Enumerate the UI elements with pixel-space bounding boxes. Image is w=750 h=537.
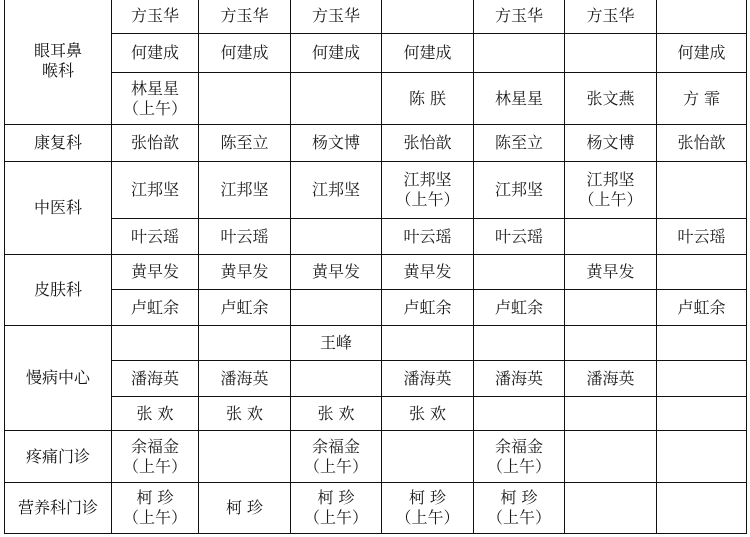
doctor-cell: [199, 431, 291, 483]
doctor-cell: 柯 珍（上午）: [382, 483, 474, 534]
schedule-body: 眼耳鼻喉科方玉华方玉华方玉华方玉华方玉华何建成何建成何建成何建成何建成林星星（上…: [5, 0, 747, 534]
schedule-row: 营养科门诊柯 珍（上午）柯 珍柯 珍（上午）柯 珍（上午）柯 珍（上午）: [5, 483, 747, 534]
schedule-row: 卢虹余卢虹余卢虹余卢虹余卢虹余: [5, 290, 747, 326]
doctor-name: 余福金: [112, 437, 198, 457]
doctor-cell: 王峰: [291, 326, 382, 361]
doctor-cell: [565, 431, 657, 483]
doctor-cell: 陈 朕: [382, 73, 474, 125]
shift-note: （上午）: [382, 190, 473, 210]
doctor-name: 柯 珍: [291, 488, 381, 508]
doctor-cell: [291, 290, 382, 326]
doctor-cell: 江邦坚（上午）: [565, 162, 657, 219]
doctor-cell: 林星星: [474, 73, 565, 125]
doctor-cell: 余福金（上午）: [112, 431, 199, 483]
doctor-cell: [382, 0, 474, 34]
doctor-cell: 余福金（上午）: [291, 431, 382, 483]
doctor-cell: [565, 397, 657, 431]
department-name: 营养科门诊: [5, 483, 112, 534]
doctor-cell: 叶云瑶: [474, 219, 565, 255]
doctor-cell: 叶云瑶: [382, 219, 474, 255]
doctor-cell: 柯 珍（上午）: [291, 483, 382, 534]
doctor-cell: [199, 326, 291, 361]
doctor-cell: 何建成: [291, 34, 382, 73]
doctor-cell: 江邦坚: [199, 162, 291, 219]
doctor-cell: 方玉华: [565, 0, 657, 34]
shift-note: （上午）: [112, 99, 198, 119]
doctor-cell: 方 霏: [657, 73, 747, 125]
doctor-cell: [657, 361, 747, 397]
doctor-cell: [657, 162, 747, 219]
doctor-cell: 陈至立: [199, 125, 291, 162]
doctor-cell: 卢虹余: [382, 290, 474, 326]
shift-note: （上午）: [565, 190, 656, 210]
doctor-cell: 柯 珍: [199, 483, 291, 534]
doctor-cell: [474, 326, 565, 361]
doctor-cell: [657, 0, 747, 34]
doctor-cell: 叶云瑶: [112, 219, 199, 255]
department-name: 中医科: [5, 162, 112, 255]
doctor-cell: [565, 219, 657, 255]
duty-schedule-table: 眼耳鼻喉科方玉华方玉华方玉华方玉华方玉华何建成何建成何建成何建成何建成林星星（上…: [4, 0, 747, 534]
schedule-row: 潘海英潘海英潘海英潘海英潘海英: [5, 361, 747, 397]
schedule-row: 叶云瑶叶云瑶叶云瑶叶云瑶叶云瑶: [5, 219, 747, 255]
doctor-cell: 潘海英: [565, 361, 657, 397]
doctor-name: 林星星: [112, 79, 198, 99]
doctor-cell: 潘海英: [382, 361, 474, 397]
doctor-cell: 张 欢: [291, 397, 382, 431]
shift-note: （上午）: [474, 508, 564, 528]
department-name: 眼耳鼻喉科: [5, 0, 112, 125]
doctor-cell: [474, 255, 565, 290]
doctor-cell: 杨文博: [565, 125, 657, 162]
schedule-row: 中医科江邦坚江邦坚江邦坚江邦坚（上午）江邦坚江邦坚（上午）: [5, 162, 747, 219]
doctor-cell: 黄早发: [382, 255, 474, 290]
doctor-cell: [382, 326, 474, 361]
doctor-cell: 叶云瑶: [199, 219, 291, 255]
doctor-cell: [565, 326, 657, 361]
doctor-cell: [291, 361, 382, 397]
shift-note: （上午）: [291, 508, 381, 528]
department-name-line: 喉科: [5, 61, 111, 81]
doctor-cell: 潘海英: [199, 361, 291, 397]
doctor-cell: 方玉华: [112, 0, 199, 34]
doctor-name: 柯 珍: [382, 488, 473, 508]
doctor-cell: 卢虹余: [657, 290, 747, 326]
doctor-cell: 何建成: [657, 34, 747, 73]
doctor-name: 江邦坚: [565, 170, 656, 190]
doctor-cell: 柯 珍（上午）: [112, 483, 199, 534]
doctor-cell: 卢虹余: [199, 290, 291, 326]
schedule-row: 何建成何建成何建成何建成何建成: [5, 34, 747, 73]
department-name: 疼痛门诊: [5, 431, 112, 483]
schedule-row: 疼痛门诊余福金（上午）余福金（上午）余福金（上午）: [5, 431, 747, 483]
doctor-cell: 杨文博: [291, 125, 382, 162]
doctor-cell: 江邦坚: [474, 162, 565, 219]
department-name: 康复科: [5, 125, 112, 162]
doctor-cell: 黄早发: [199, 255, 291, 290]
doctor-cell: 张怡歆: [112, 125, 199, 162]
shift-note: （上午）: [382, 508, 473, 528]
doctor-cell: 柯 珍（上午）: [474, 483, 565, 534]
doctor-cell: 张 欢: [112, 397, 199, 431]
doctor-cell: 何建成: [382, 34, 474, 73]
doctor-name: 柯 珍: [474, 488, 564, 508]
doctor-cell: [474, 34, 565, 73]
doctor-cell: 卢虹余: [474, 290, 565, 326]
doctor-cell: [657, 483, 747, 534]
doctor-cell: 江邦坚（上午）: [382, 162, 474, 219]
doctor-cell: 何建成: [112, 34, 199, 73]
doctor-cell: [565, 290, 657, 326]
doctor-cell: 何建成: [199, 34, 291, 73]
schedule-row: 康复科张怡歆陈至立杨文博张怡歆陈至立杨文博张怡歆: [5, 125, 747, 162]
doctor-cell: [657, 397, 747, 431]
schedule-row: 张 欢张 欢张 欢张 欢: [5, 397, 747, 431]
doctor-cell: 张怡歆: [382, 125, 474, 162]
doctor-cell: 黄早发: [291, 255, 382, 290]
doctor-cell: 叶云瑶: [657, 219, 747, 255]
schedule-row: 皮肤科黄早发黄早发黄早发黄早发黄早发: [5, 255, 747, 290]
department-name-line: 眼耳鼻: [5, 41, 111, 61]
doctor-cell: 余福金（上午）: [474, 431, 565, 483]
doctor-name: 余福金: [291, 437, 381, 457]
shift-note: （上午）: [112, 457, 198, 477]
doctor-cell: [474, 397, 565, 431]
doctor-cell: 张怡歆: [657, 125, 747, 162]
doctor-cell: 黄早发: [565, 255, 657, 290]
shift-note: （上午）: [474, 457, 564, 477]
doctor-cell: [382, 431, 474, 483]
doctor-cell: [199, 73, 291, 125]
shift-note: （上午）: [291, 457, 381, 477]
doctor-cell: 方玉华: [474, 0, 565, 34]
doctor-cell: 张 欢: [199, 397, 291, 431]
doctor-cell: 潘海英: [112, 361, 199, 397]
doctor-cell: [291, 73, 382, 125]
department-name: 皮肤科: [5, 255, 112, 326]
department-name: 慢病中心: [5, 326, 112, 431]
doctor-cell: [657, 431, 747, 483]
doctor-cell: 张文燕: [565, 73, 657, 125]
doctor-cell: 方玉华: [291, 0, 382, 34]
schedule-row: 眼耳鼻喉科方玉华方玉华方玉华方玉华方玉华: [5, 0, 747, 34]
doctor-cell: 江邦坚: [112, 162, 199, 219]
doctor-cell: 方玉华: [199, 0, 291, 34]
schedule-row: 慢病中心王峰: [5, 326, 747, 361]
doctor-cell: 张 欢: [382, 397, 474, 431]
schedule-row: 林星星（上午）陈 朕林星星张文燕方 霏: [5, 73, 747, 125]
doctor-cell: [565, 34, 657, 73]
doctor-cell: 潘海英: [474, 361, 565, 397]
doctor-cell: 陈至立: [474, 125, 565, 162]
doctor-cell: 江邦坚: [291, 162, 382, 219]
doctor-name: 余福金: [474, 437, 564, 457]
doctor-cell: [112, 326, 199, 361]
doctor-cell: 黄早发: [112, 255, 199, 290]
doctor-name: 江邦坚: [382, 170, 473, 190]
shift-note: （上午）: [112, 508, 198, 528]
doctor-name: 柯 珍: [112, 488, 198, 508]
doctor-cell: [657, 326, 747, 361]
doctor-cell: [657, 255, 747, 290]
doctor-cell: 卢虹余: [112, 290, 199, 326]
doctor-cell: [291, 219, 382, 255]
doctor-cell: 林星星（上午）: [112, 73, 199, 125]
doctor-cell: [565, 483, 657, 534]
